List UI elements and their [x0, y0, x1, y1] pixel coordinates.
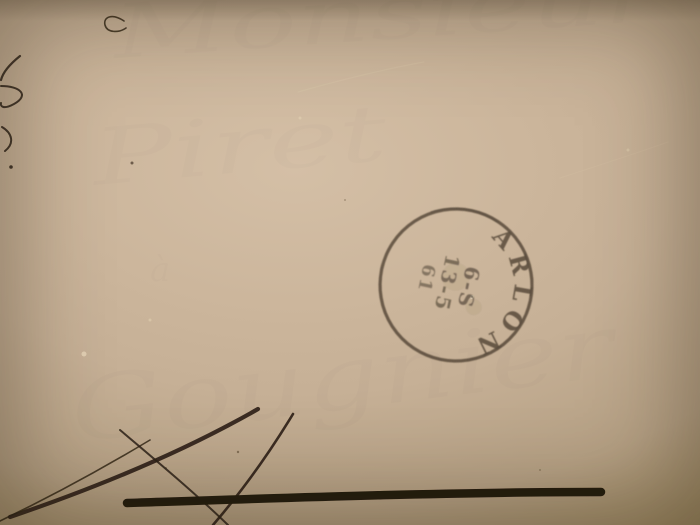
handwriting-line-destination: Gougnier	[65, 293, 625, 462]
handwriting-line-name: Piret	[86, 88, 392, 204]
postmark-ring-smear	[431, 202, 500, 226]
handwriting-line-salutation: Monsieur	[107, 0, 667, 76]
envelope-photo: ARLON 6-S 13-5 61 Monsieur Piret à	[0, 0, 700, 525]
ink-underline	[127, 492, 601, 503]
envelope-photo-canvas: ARLON 6-S 13-5 61 Monsieur Piret à	[0, 0, 700, 525]
handwriting-line-preposition: à	[150, 250, 170, 290]
handwriting-ink: Monsieur Piret à Gougnier	[0, 0, 667, 525]
